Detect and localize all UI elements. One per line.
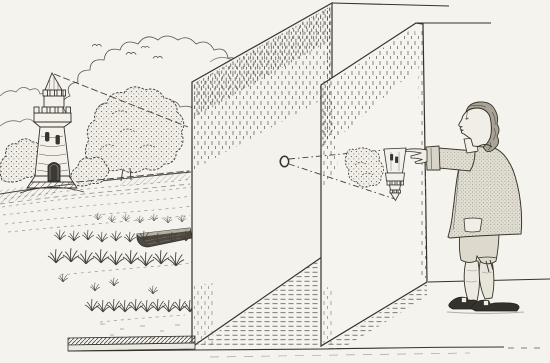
pinhole: [280, 156, 289, 166]
screen-wall-lower-shading: [322, 284, 334, 344]
inverted-tower-turret: [390, 185, 401, 190]
tower-base-lower: [27, 182, 77, 188]
pinhole-wall-lower-shading: [194, 283, 214, 345]
inverted-tower-body: [384, 148, 406, 173]
inverted-tower-window: [391, 155, 393, 161]
shoe-buckle: [462, 298, 467, 303]
tower-window: [56, 136, 59, 145]
engraving-canvas: Camera obscura engraving: [0, 0, 550, 363]
camera-obscura-engraving: Camera obscura engraving: [0, 0, 550, 363]
coat-pocket-flap: [464, 218, 482, 232]
tower-window: [46, 133, 49, 142]
inverted-tower-window: [396, 157, 398, 163]
pinhole-wall-ridge-streak: [326, 3, 332, 82]
coat-cuff: [426, 146, 440, 170]
shoe-buckle: [484, 301, 489, 306]
inverted-tower-battlement: [386, 173, 405, 181]
baseboard-plank: [68, 336, 195, 351]
